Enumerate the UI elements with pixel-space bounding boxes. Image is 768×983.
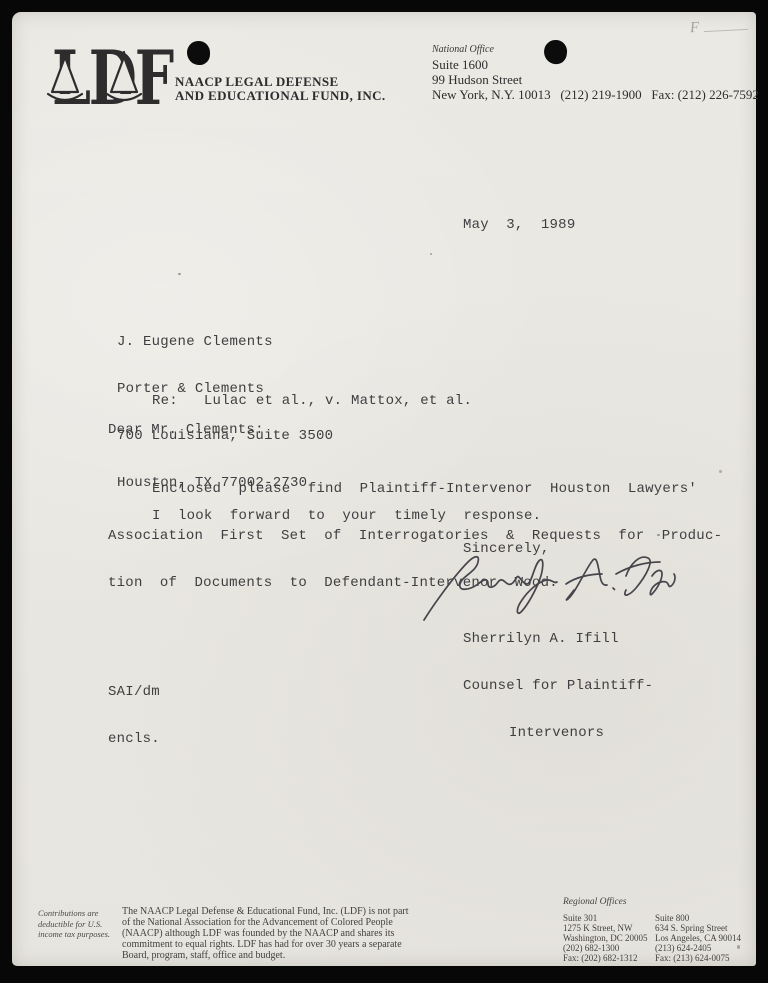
national-office-label: National Office <box>432 43 759 57</box>
ldf-disclaimer: The NAACP Legal Defense & Educational Fu… <box>122 907 409 962</box>
disclaimer-line: Board, program, staff, office and budget… <box>122 951 409 962</box>
reference-initials: SAI/dm <box>108 685 160 701</box>
enclosure-note: encls. <box>108 732 160 748</box>
washington-office-address: Suite 301 1275 K Street, NW Washington, … <box>563 914 648 964</box>
address-street: 99 Hudson Street <box>432 72 759 87</box>
scan-speck <box>430 253 432 255</box>
address-city-phone-fax: New York, N.Y. 10013 (212) 219-1900 Fax:… <box>432 87 759 102</box>
typed-signature-block: Sherrilyn A. Ifill Counsel for Plaintiff… <box>463 601 653 773</box>
contributions-line: income tax purposes. <box>38 929 110 940</box>
scan-speck <box>737 945 740 949</box>
hole-punch-mark <box>187 41 210 65</box>
scan-speck <box>719 470 722 473</box>
pencil-annotation: F <box>689 20 699 38</box>
national-office-address: National Office Suite 1600 99 Hudson Str… <box>432 43 759 103</box>
body-paragraph-2: I look forward to your timely response. <box>108 509 541 525</box>
organization-name: NAACP LEGAL DEFENSE AND EDUCATIONAL FUND… <box>175 75 386 102</box>
office-line: Fax: (202) 682-1312 <box>563 954 648 964</box>
signer-title-line2: Intervenors <box>463 726 653 742</box>
signer-title-line1: Counsel for Plaintiff- <box>463 679 653 695</box>
letter-page: LDF NAACP LEGAL DEFENSE AND EDUCATIONAL … <box>12 12 756 966</box>
scan-speck <box>178 273 181 275</box>
organization-name-line2: AND EDUCATIONAL FUND, INC. <box>175 89 386 103</box>
pencil-smudge-mark <box>704 29 748 32</box>
contributions-note: Contributions are deductible for U.S. in… <box>38 908 110 940</box>
scanned-letter-screenshot: { "letterhead": { "logo_text": "LDF", "o… <box>0 0 768 983</box>
scan-speck <box>657 534 660 536</box>
paragraph-line: Association First Set of Interrogatories… <box>108 529 722 545</box>
contributions-line: Contributions are <box>38 908 110 919</box>
ldf-logo: LDF <box>44 48 179 112</box>
organization-name-line1: NAACP LEGAL DEFENSE <box>175 75 386 89</box>
address-suite: Suite 1600 <box>432 57 759 72</box>
disclaimer-line: commitment to equal rights. LDF has had … <box>122 940 409 951</box>
signer-name: Sherrilyn A. Ifill <box>463 632 653 648</box>
re-subject-line: Re: Lulac et al., v. Mattox, et al. <box>152 394 472 410</box>
los-angeles-office-address: Suite 800 634 S. Spring Street Los Angel… <box>655 914 741 964</box>
regional-offices-label: Regional Offices <box>563 897 627 907</box>
reference-block: SAI/dm encls. <box>108 654 160 779</box>
contributions-line: deductible for U.S. <box>38 919 110 930</box>
letter-date: May 3, 1989 <box>463 218 575 234</box>
salutation: Dear Mr. Clements: <box>108 423 264 439</box>
office-line: Fax: (213) 624-0075 <box>655 954 741 964</box>
paragraph-line: Enclosed please find Plaintiff-Interveno… <box>108 482 722 498</box>
recipient-name: J. Eugene Clements <box>117 335 333 351</box>
